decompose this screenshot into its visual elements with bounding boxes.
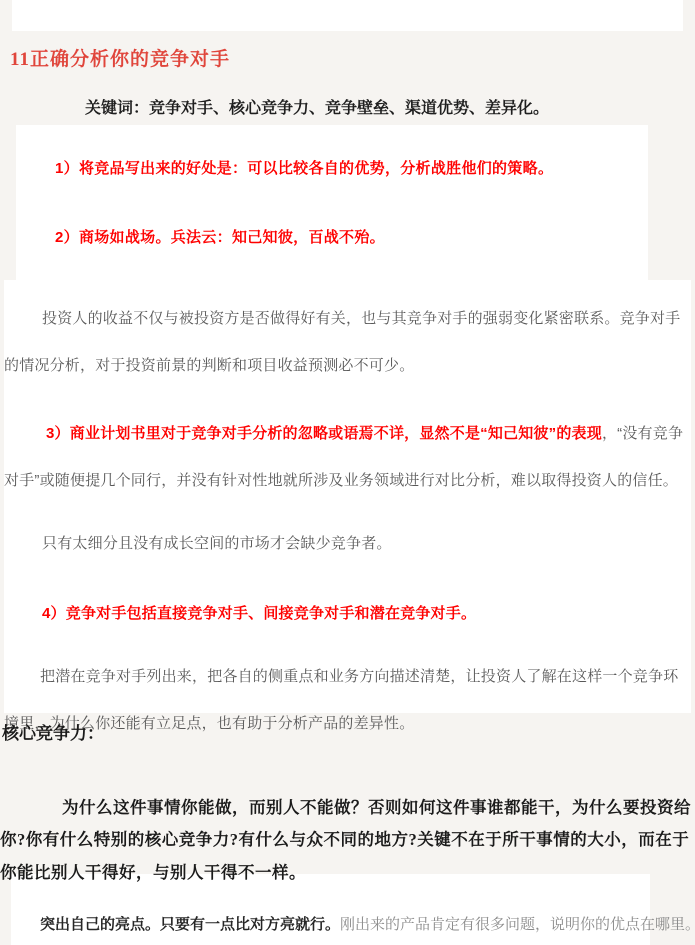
list-item-3: 3）商业计划书里对于竞争对手分析的忽略或语焉不详，显然不是“知己知彼”的表现，“… [4, 410, 691, 504]
paragraph-potential-competitors: 把潜在竞争对手列出来，把各自的侧重点和业务方向描述清楚，让投资人了解在这样一个竞… [4, 653, 691, 747]
core-competence-paragraph: 为什么这件事情你能做，而别人不能做？否则如何这件事谁都能干，为什么要投资给你?你… [0, 792, 695, 890]
list-item-2: 2）商场如战场。兵法云：知己知彼，百战不殆。 [55, 226, 385, 247]
core-competence-heading: 核心竞争力： [2, 723, 104, 745]
article-page: 11正确分析你的竞争对手 关键词：竞争对手、核心竞争力、竞争壁垒、渠道优势、差异… [0, 0, 695, 945]
list-item-1: 1）将竞品写出来的好处是：可以比较各自的优势，分析战胜他们的策略。 [55, 157, 553, 178]
page-title: 11正确分析你的竞争对手 [10, 47, 670, 73]
highlight-rest-text: 刚出来的产品肯定有很多问题，说明你的优点在哪里。 [340, 916, 695, 933]
paragraph-niche-market: 只有太细分且没有成长空间的市场才会缺少竞争者。 [4, 520, 691, 567]
highlight-bold-text: 突出自己的亮点。只要有一点比对方亮就行。 [40, 916, 340, 933]
top-spacer-block [12, 0, 683, 31]
list-item-3-red-text: 3）商业计划书里对于竞争对手分析的忽略或语焉不详，显然不是“知己知彼”的表现 [46, 425, 602, 442]
list-item-4: 4）竞争对手包括直接竞争对手、间接竞争对手和潜在竞争对手。 [4, 590, 691, 637]
content-card-top [16, 125, 648, 280]
paragraph-investor-returns: 投资人的收益不仅与被投资方是否做得好有关，也与其竞争对手的强弱变化紧密联系。竞争… [4, 295, 691, 389]
highlight-line: 突出自己的亮点。只要有一点比对方亮就行。刚出来的产品肯定有很多问题，说明你的优点… [40, 914, 640, 936]
keywords-line: 关键词：竞争对手、核心竞争力、竞争壁垒、渠道优势、差异化。 [0, 97, 695, 121]
